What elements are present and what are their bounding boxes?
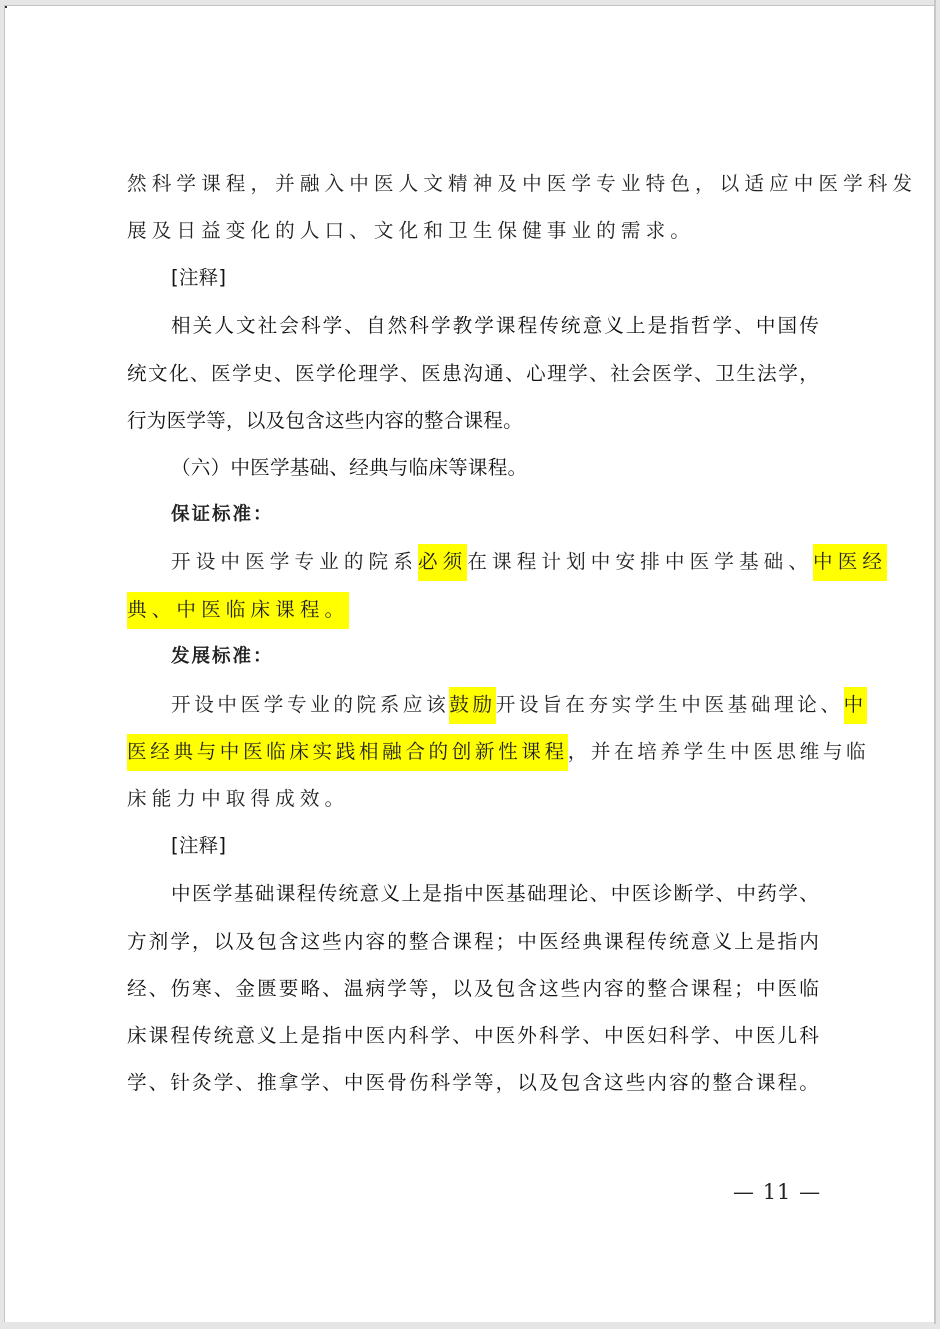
text-segment: 在课程计划中安排中医学基础、	[467, 550, 813, 573]
text-segment: 开设旨在夯实学生中医基础理论、	[496, 693, 844, 716]
highlight-classics: 中医经	[813, 544, 887, 581]
page-number-value: 11	[763, 1180, 792, 1204]
page-corner-mark	[5, 6, 7, 8]
page-number: — 11 —	[733, 1180, 821, 1204]
text-line: 医经典与中医临床实践相融合的创新性课程，并在培养学生中医思维与临	[127, 737, 819, 767]
text-segment: 开设中医学专业的院系应该	[171, 693, 449, 716]
highlight-encourage: 鼓励	[449, 687, 495, 724]
section-heading: （六）中医学基础、经典与临床等课程。	[171, 453, 819, 483]
text-line: 经、伤寒、金匮要略、温病学等，以及包含这些内容的整合课程；中医临	[127, 974, 819, 1004]
text-line: 统文化、医学史、医学伦理学、医患沟通、心理学、社会医学、卫生法学，	[127, 359, 819, 389]
text-segment: ，并在培养学生中医思维与临	[568, 740, 870, 763]
highlight-zhong: 中	[844, 687, 867, 724]
note-label: [注释]	[171, 831, 819, 861]
highlight-must: 必须	[418, 544, 467, 581]
text-line: 行为医学等，以及包含这些内容的整合课程。	[127, 406, 819, 436]
text-line: 中医学基础课程传统意义上是指中医基础理论、中医诊断学、中药学、	[171, 879, 819, 909]
text-line: 相关人文社会科学、自然科学教学课程传统意义上是指哲学、中国传	[171, 311, 819, 341]
text-line: 开设中医学专业的院系应该鼓励开设旨在夯实学生中医基础理论、中	[171, 690, 819, 720]
highlight-clinical-courses: 典、中医临床课程。	[127, 592, 349, 629]
text-line: 床能力中取得成效。	[127, 784, 819, 814]
highlight-innovative-courses: 医经典与中医临床实践相融合的创新性课程	[127, 734, 568, 771]
document-page: 然科学课程，并融入中医人文精神及中医学专业特色，以适应中医学科发 展及日益变化的…	[4, 5, 934, 1322]
basic-standard-label: 保证标准：	[171, 500, 819, 530]
text-line: 开设中医学专业的院系必须在课程计划中安排中医学基础、中医经	[171, 547, 819, 577]
dash-left: —	[733, 1180, 763, 1204]
note-label: [注释]	[171, 263, 819, 293]
text-line: 展及日益变化的人口、文化和卫生保健事业的需求。	[127, 216, 819, 246]
development-standard-label: 发展标准：	[171, 642, 819, 672]
page-edge-bottom	[0, 1324, 940, 1329]
text-line: 然科学课程，并融入中医人文精神及中医学专业特色，以适应中医学科发	[127, 169, 819, 199]
dash-right: —	[791, 1180, 821, 1204]
text-line: 床课程传统意义上是指中医内科学、中医外科学、中医妇科学、中医儿科	[127, 1021, 819, 1051]
text-segment: 开设中医学专业的院系	[171, 550, 418, 573]
text-line: 学、针灸学、推拿学、中医骨伤科学等，以及包含这些内容的整合课程。	[127, 1068, 819, 1098]
page-edge-right	[934, 0, 936, 1324]
text-line: 方剂学，以及包含这些内容的整合课程；中医经典课程传统意义上是指内	[127, 927, 819, 957]
text-line: 典、中医临床课程。	[127, 595, 819, 625]
